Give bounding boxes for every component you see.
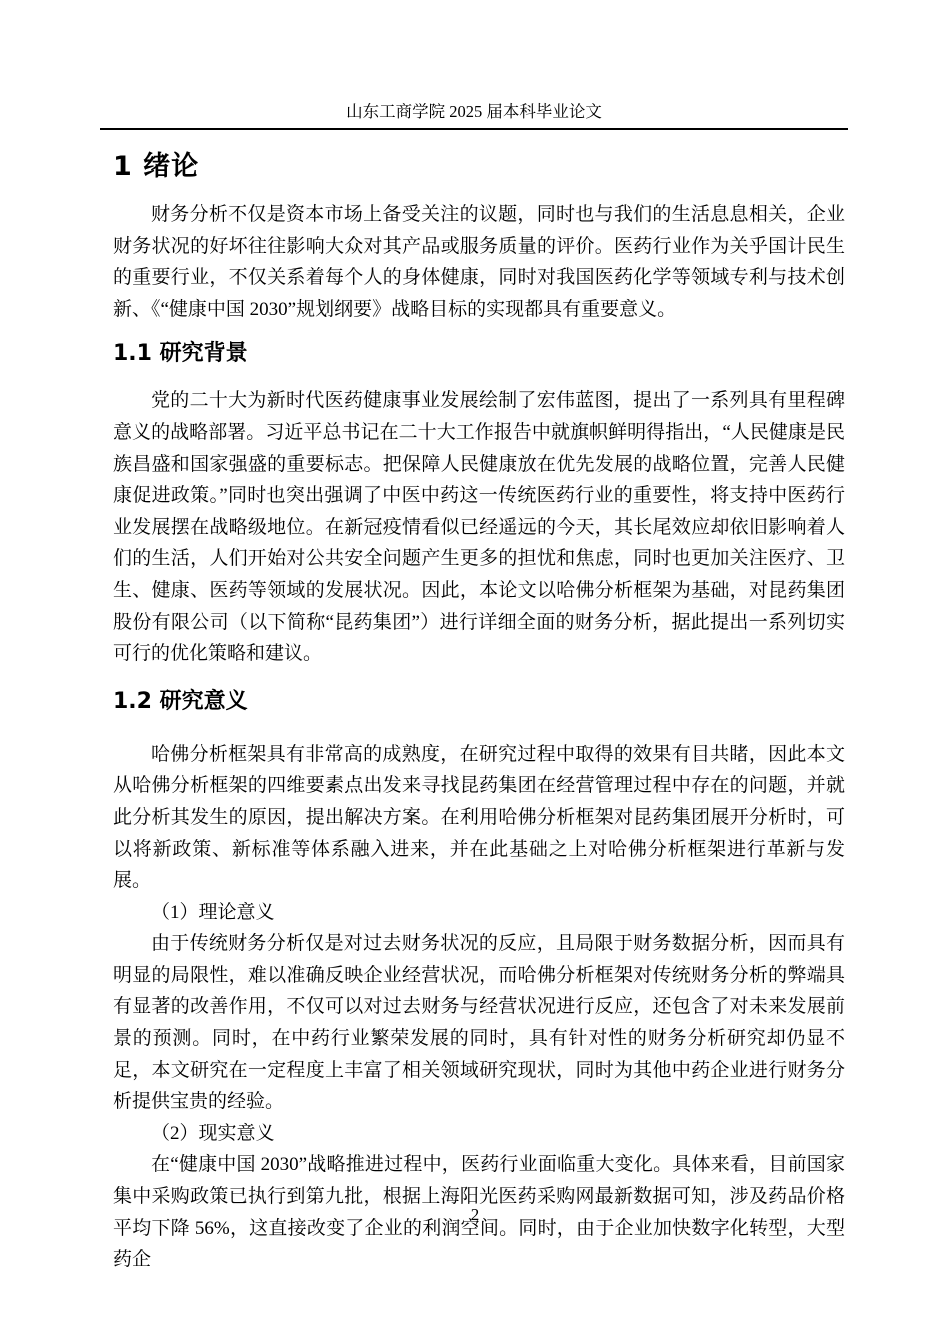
chapter-heading: 1 绪论	[113, 150, 845, 184]
section-heading-1-1: 1.1 研究背景	[113, 340, 845, 368]
subitem-theoretical-significance-label: （1）理论意义	[113, 897, 845, 929]
running-header-text: 山东工商学院 2025 届本科毕业论文	[346, 103, 602, 128]
page-content: 1 绪论 财务分析不仅是资本市场上备受关注的议题，同时也与我们的生活息息相关，企…	[113, 130, 845, 1276]
running-header: 山东工商学院 2025 届本科毕业论文	[100, 0, 848, 130]
section-1-2-paragraph: 哈佛分析框架具有非常高的成熟度，在研究过程中取得的效果有目共睹，因此本文从哈佛分…	[113, 739, 845, 897]
subitem-practical-significance-label: （2）现实意义	[113, 1118, 845, 1150]
section-heading-1-2: 1.2 研究意义	[113, 688, 845, 716]
thesis-page: 山东工商学院 2025 届本科毕业论文 1 绪论 财务分析不仅是资本市场上备受关…	[0, 0, 950, 1344]
section-1-1-paragraph: 党的二十大为新时代医药健康事业发展绘制了宏伟蓝图，提出了一系列具有里程碑意义的战…	[113, 385, 845, 669]
intro-paragraph: 财务分析不仅是资本市场上备受关注的议题，同时也与我们的生活息息相关，企业财务状况…	[113, 199, 845, 325]
page-number: 2	[0, 1205, 950, 1225]
theoretical-significance-paragraph: 由于传统财务分析仅是对过去财务状况的反应，且局限于财务数据分析，因而具有明显的局…	[113, 928, 845, 1118]
